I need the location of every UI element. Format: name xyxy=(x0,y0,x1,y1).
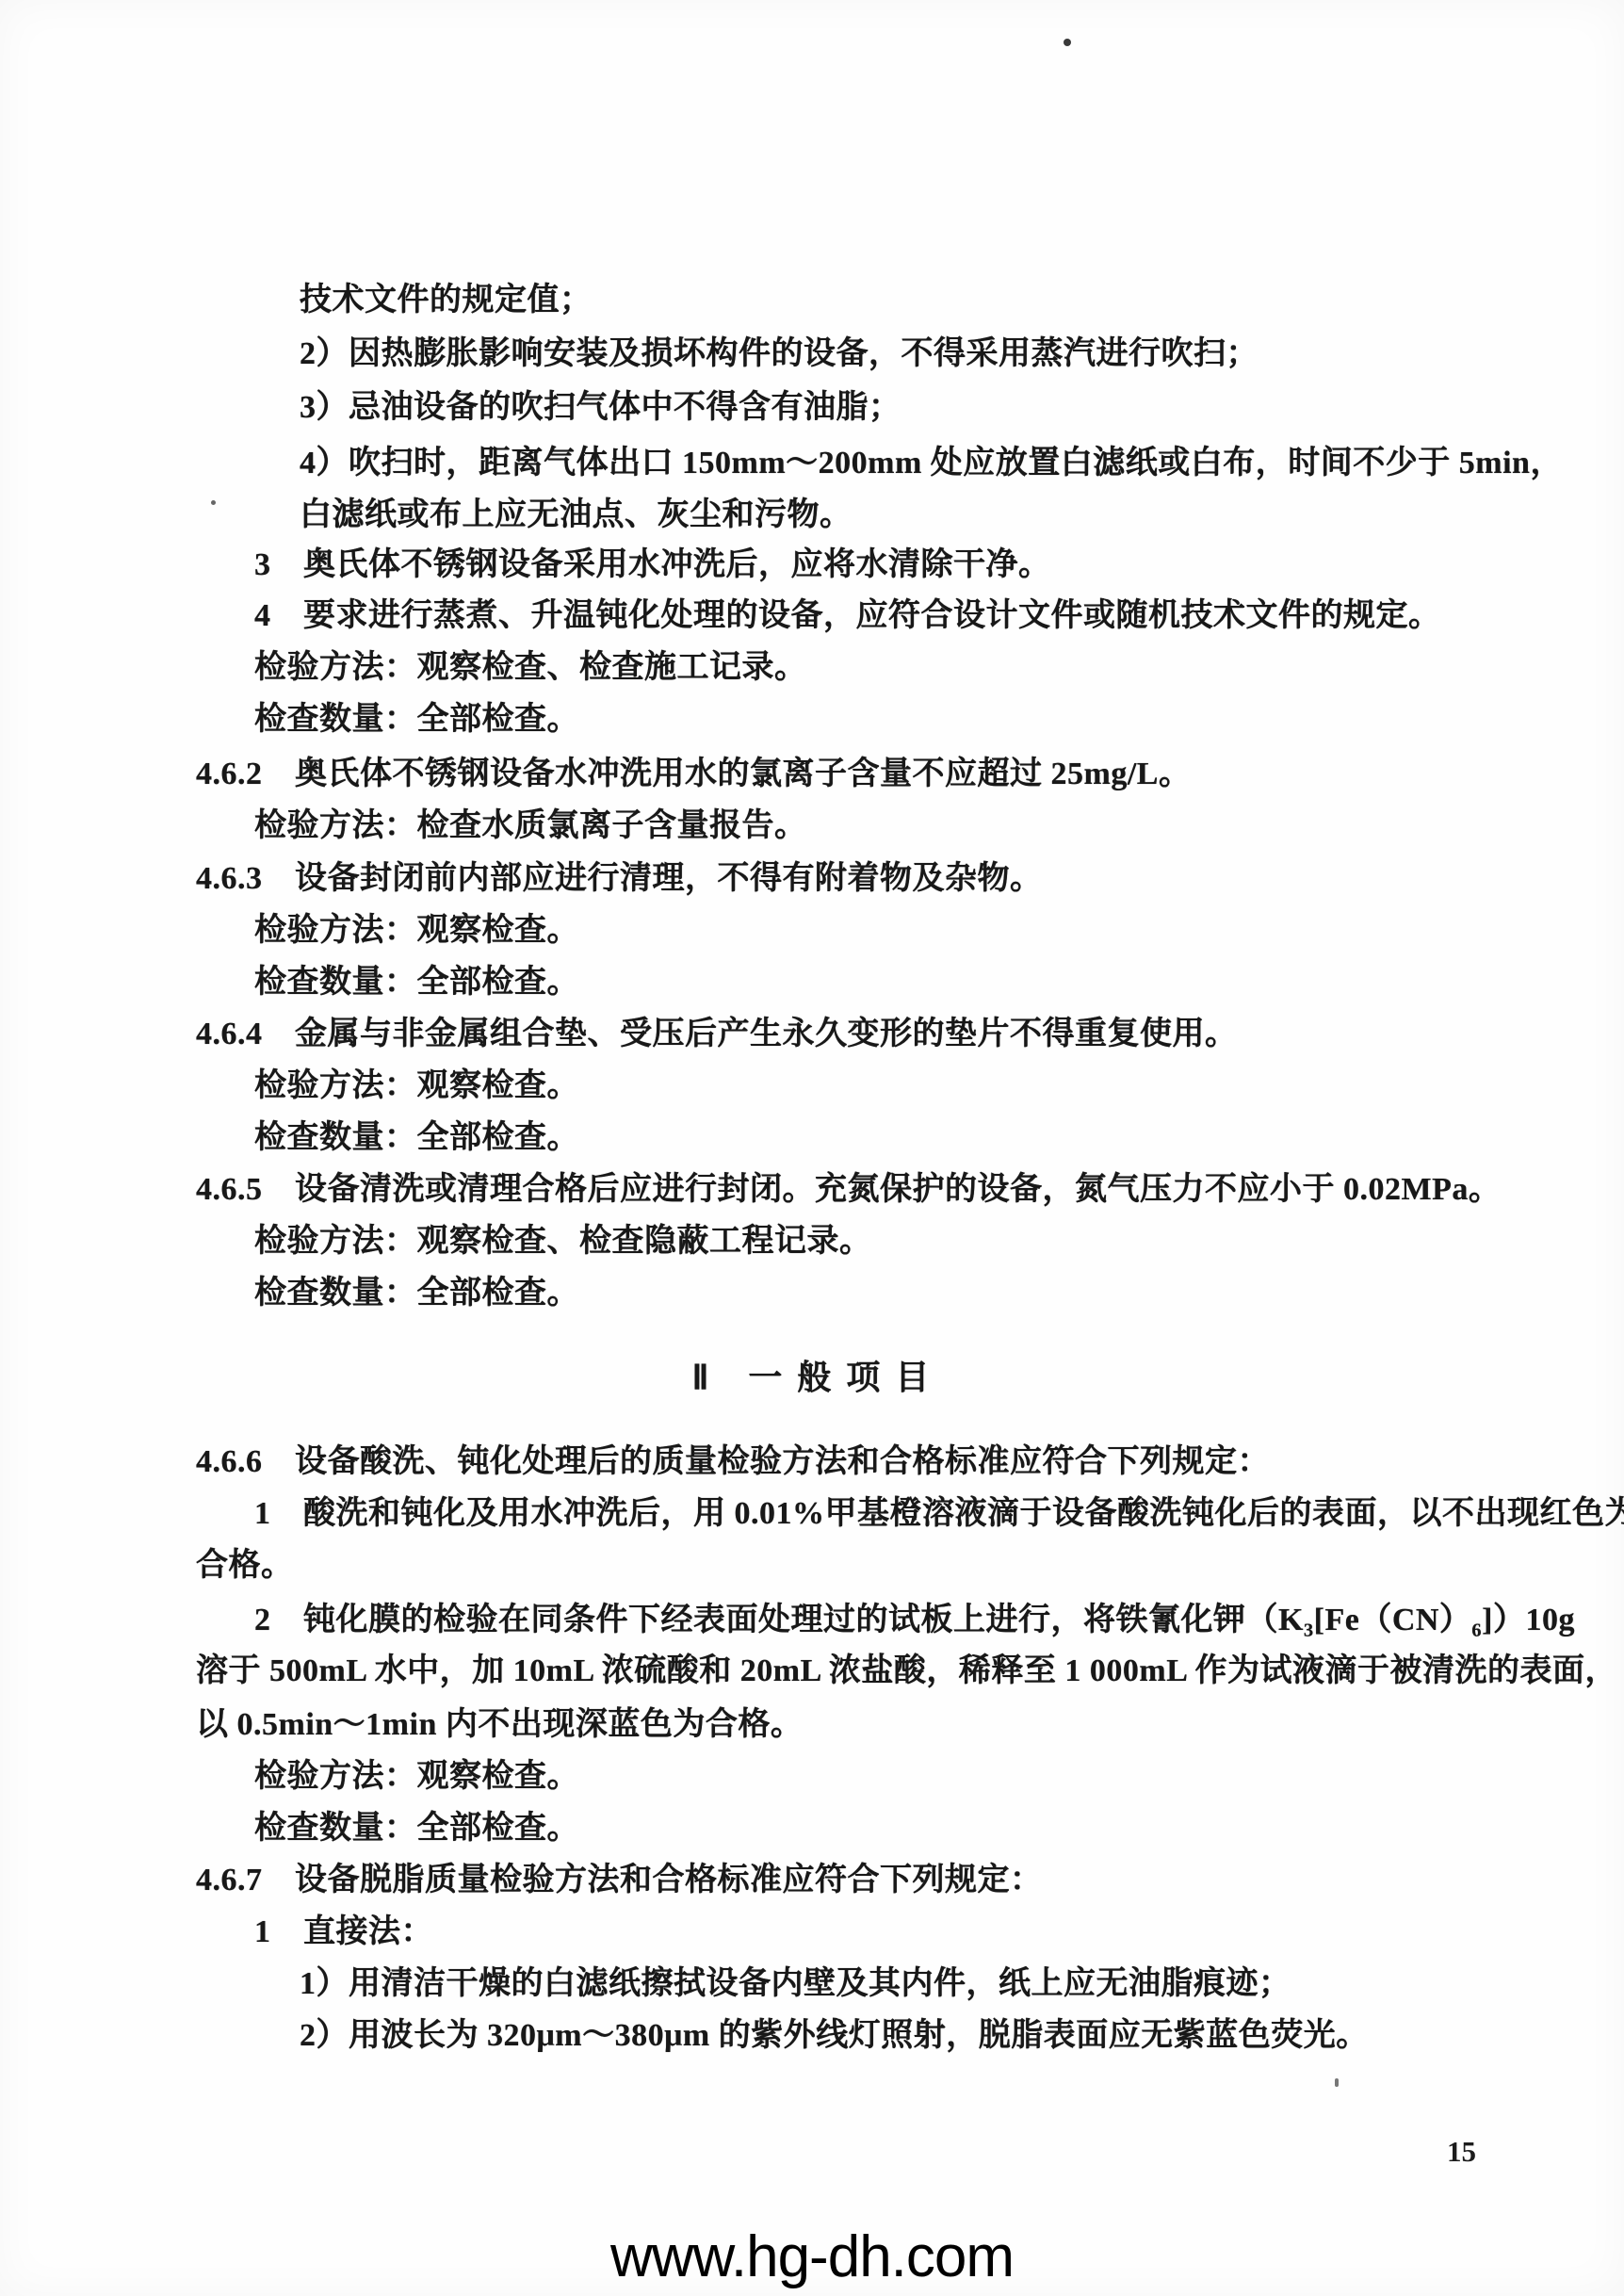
inspection-quantity-line: 检查数量：全部检查。 xyxy=(254,964,579,1001)
sub-item-2-continuation: 以 0.5min～1min 内不出现深蓝色为合格。 xyxy=(196,1706,803,1744)
clause-4-6-2: 4.6.2 奥氏体不锈钢设备水冲洗用水的氯离子含量不应超过 25mg/L。 xyxy=(196,756,1191,793)
page-number: 15 xyxy=(1447,2135,1476,2169)
scanned-document-page: 技术文件的规定值； 2）因热膨胀影响安装及损坏构件的设备，不得采用蒸汽进行吹扫；… xyxy=(0,0,1624,2296)
sub-item-2-continuation: 溶于 500mL 水中，加 10mL 浓硫酸和 20mL 浓盐酸，稀释至 1 0… xyxy=(196,1653,1617,1690)
sub-item-1: 1 直接法： xyxy=(254,1913,433,1951)
inspection-method-line: 检验方法：观察检查。 xyxy=(254,1067,579,1105)
scan-speck xyxy=(1064,39,1071,46)
inspection-method-line: 检验方法：观察检查。 xyxy=(254,912,579,950)
clause-4-6-7: 4.6.7 设备脱脂质量检验方法和合格标准应符合下列规定： xyxy=(196,1862,1043,1899)
scan-speck xyxy=(211,500,216,505)
inspection-method-line: 检验方法：观察检查。 xyxy=(254,1758,579,1796)
clause-continuation-line: 技术文件的规定值； xyxy=(300,282,593,319)
list-item-4-continuation: 白滤纸或布上应无油点、灰尘和污物。 xyxy=(300,497,853,534)
clause-4-6-3: 4.6.3 设备封闭前内部应进行清理，不得有附着物及杂物。 xyxy=(196,860,1043,898)
sub-item-3: 3 奥氏体不锈钢设备采用水冲洗后，应将水清除干净。 xyxy=(254,546,1051,584)
watermark-url-text: www.hg-dh.com xyxy=(0,2223,1624,2290)
list-item-2: 2）用波长为 320μm～380μm 的紫外线灯照射，脱脂表面应无紫蓝色荧光。 xyxy=(300,2017,1369,2055)
sub-item-1: 1 酸洗和钝化及用水冲洗后，用 0.01%甲基橙溶液滴于设备酸洗钝化后的表面，以… xyxy=(254,1495,1624,1533)
list-item-4: 4）吹扫时，距离气体出口 150mm～200mm 处应放置白滤纸或白布，时间不少… xyxy=(300,445,1563,482)
inspection-method-line: 检验方法：观察检查、检查隐蔽工程记录。 xyxy=(254,1223,872,1261)
scan-speck xyxy=(1335,2078,1339,2087)
inspection-method-line: 检验方法：检查水质氯离子含量报告。 xyxy=(254,807,807,845)
inspection-quantity-line: 检查数量：全部检查。 xyxy=(254,1119,579,1157)
clause-4-6-6: 4.6.6 设备酸洗、钝化处理后的质量检验方法和合格标准应符合下列规定： xyxy=(196,1443,1270,1481)
inspection-quantity-line: 检查数量：全部检查。 xyxy=(254,1275,579,1312)
clause-4-6-4: 4.6.4 金属与非金属组合垫、受压后产生永久变形的垫片不得重复使用。 xyxy=(196,1016,1238,1053)
sub-item-4: 4 要求进行蒸煮、升温钝化处理的设备，应符合设计文件或随机技术文件的规定。 xyxy=(254,597,1441,635)
sub-item-1-continuation: 合格。 xyxy=(196,1547,294,1585)
list-item-2: 2）因热膨胀影响安装及损坏构件的设备，不得采用蒸汽进行吹扫； xyxy=(300,335,1259,373)
section-heading: Ⅱ 一 般 项 目 xyxy=(0,1359,1624,1396)
sub-item-2: 2 钝化膜的检验在同条件下经表面处理过的试板上进行，将铁氰化钾（K₃[Fe（CN… xyxy=(254,1602,1575,1639)
list-item-1: 1）用清洁干燥的白滤纸擦拭设备内壁及其内件，纸上应无油脂痕迹； xyxy=(300,1965,1291,2003)
inspection-quantity-line: 检查数量：全部检查。 xyxy=(254,701,579,739)
inspection-method-line: 检验方法：观察检查、检查施工记录。 xyxy=(254,649,807,687)
clause-4-6-5: 4.6.5 设备清洗或清理合格后应进行封闭。充氮保护的设备，氮气压力不应小于 0… xyxy=(196,1171,1501,1209)
inspection-quantity-line: 检查数量：全部检查。 xyxy=(254,1810,579,1848)
list-item-3: 3）忌油设备的吹扫气体中不得含有油脂； xyxy=(300,389,901,427)
